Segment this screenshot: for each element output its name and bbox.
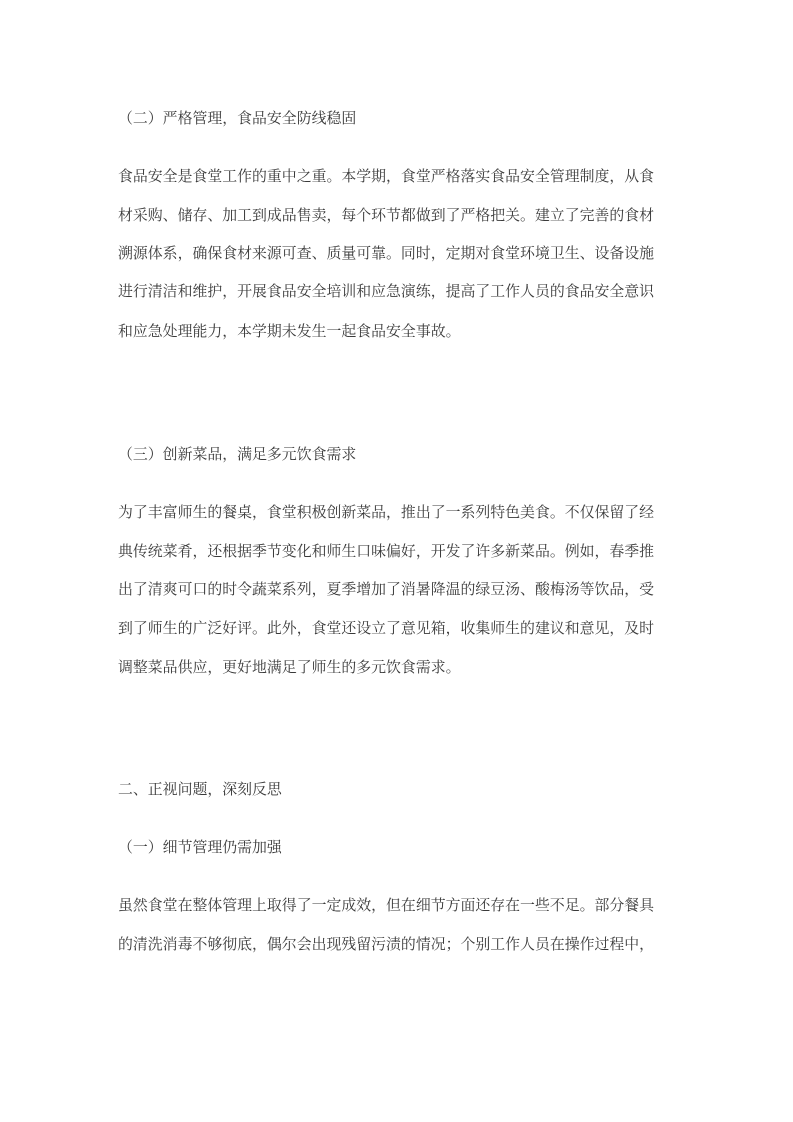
document-page: （二）严格管理，食品安全防线稳固 食品安全是食堂工作的重中之重。本学期，食堂严格… [0,0,793,1122]
paragraph-line: 的清洗消毒不够彻底，偶尔会出现残留污渍的情况；个别工作人员在操作过程中， [118,934,678,954]
paragraph-line: 到了师生的广泛好评。此外，食堂还设立了意见箱，收集师生的建议和意见，及时 [118,618,678,638]
paragraph-line: 食品安全是食堂工作的重中之重。本学期，食堂严格落实食品安全管理制度，从食 [118,166,678,186]
section-heading: （三）创新菜品，满足多元饮食需求 [118,444,678,464]
section-heading: （二）严格管理，食品安全防线稳固 [118,108,678,128]
paragraph-line: 为了丰富师生的餐桌，食堂积极创新菜品，推出了一系列特色美食。不仅保留了经 [118,502,678,522]
paragraph-line: 和应急处理能力，本学期未发生一起食品安全事故。 [118,321,678,341]
chapter-heading: 二、正视问题，深刻反思 [118,779,678,799]
paragraph-line: 进行清洁和维护，开展食品安全培训和应急演练，提高了工作人员的食品安全意识 [118,281,678,301]
subsection-heading: （一）细节管理仍需加强 [118,837,678,857]
paragraph-line: 典传统菜肴，还根据季节变化和师生口味偏好，开发了许多新菜品。例如，春季推 [118,541,678,561]
paragraph-line: 出了清爽可口的时令蔬菜系列，夏季增加了消暑降温的绿豆汤、酸梅汤等饮品，受 [118,579,678,599]
paragraph-line: 材采购、储存、加工到成品售卖，每个环节都做到了严格把关。建立了完善的食材 [118,205,678,225]
paragraph-line: 调整菜品供应，更好地满足了师生的多元饮食需求。 [118,657,678,677]
paragraph-line: 虽然食堂在整体管理上取得了一定成效，但在细节方面还存在一些不足。部分餐具 [118,895,678,915]
paragraph-line: 溯源体系，确保食材来源可查、质量可靠。同时，定期对食堂环境卫生、设备设施 [118,243,678,263]
